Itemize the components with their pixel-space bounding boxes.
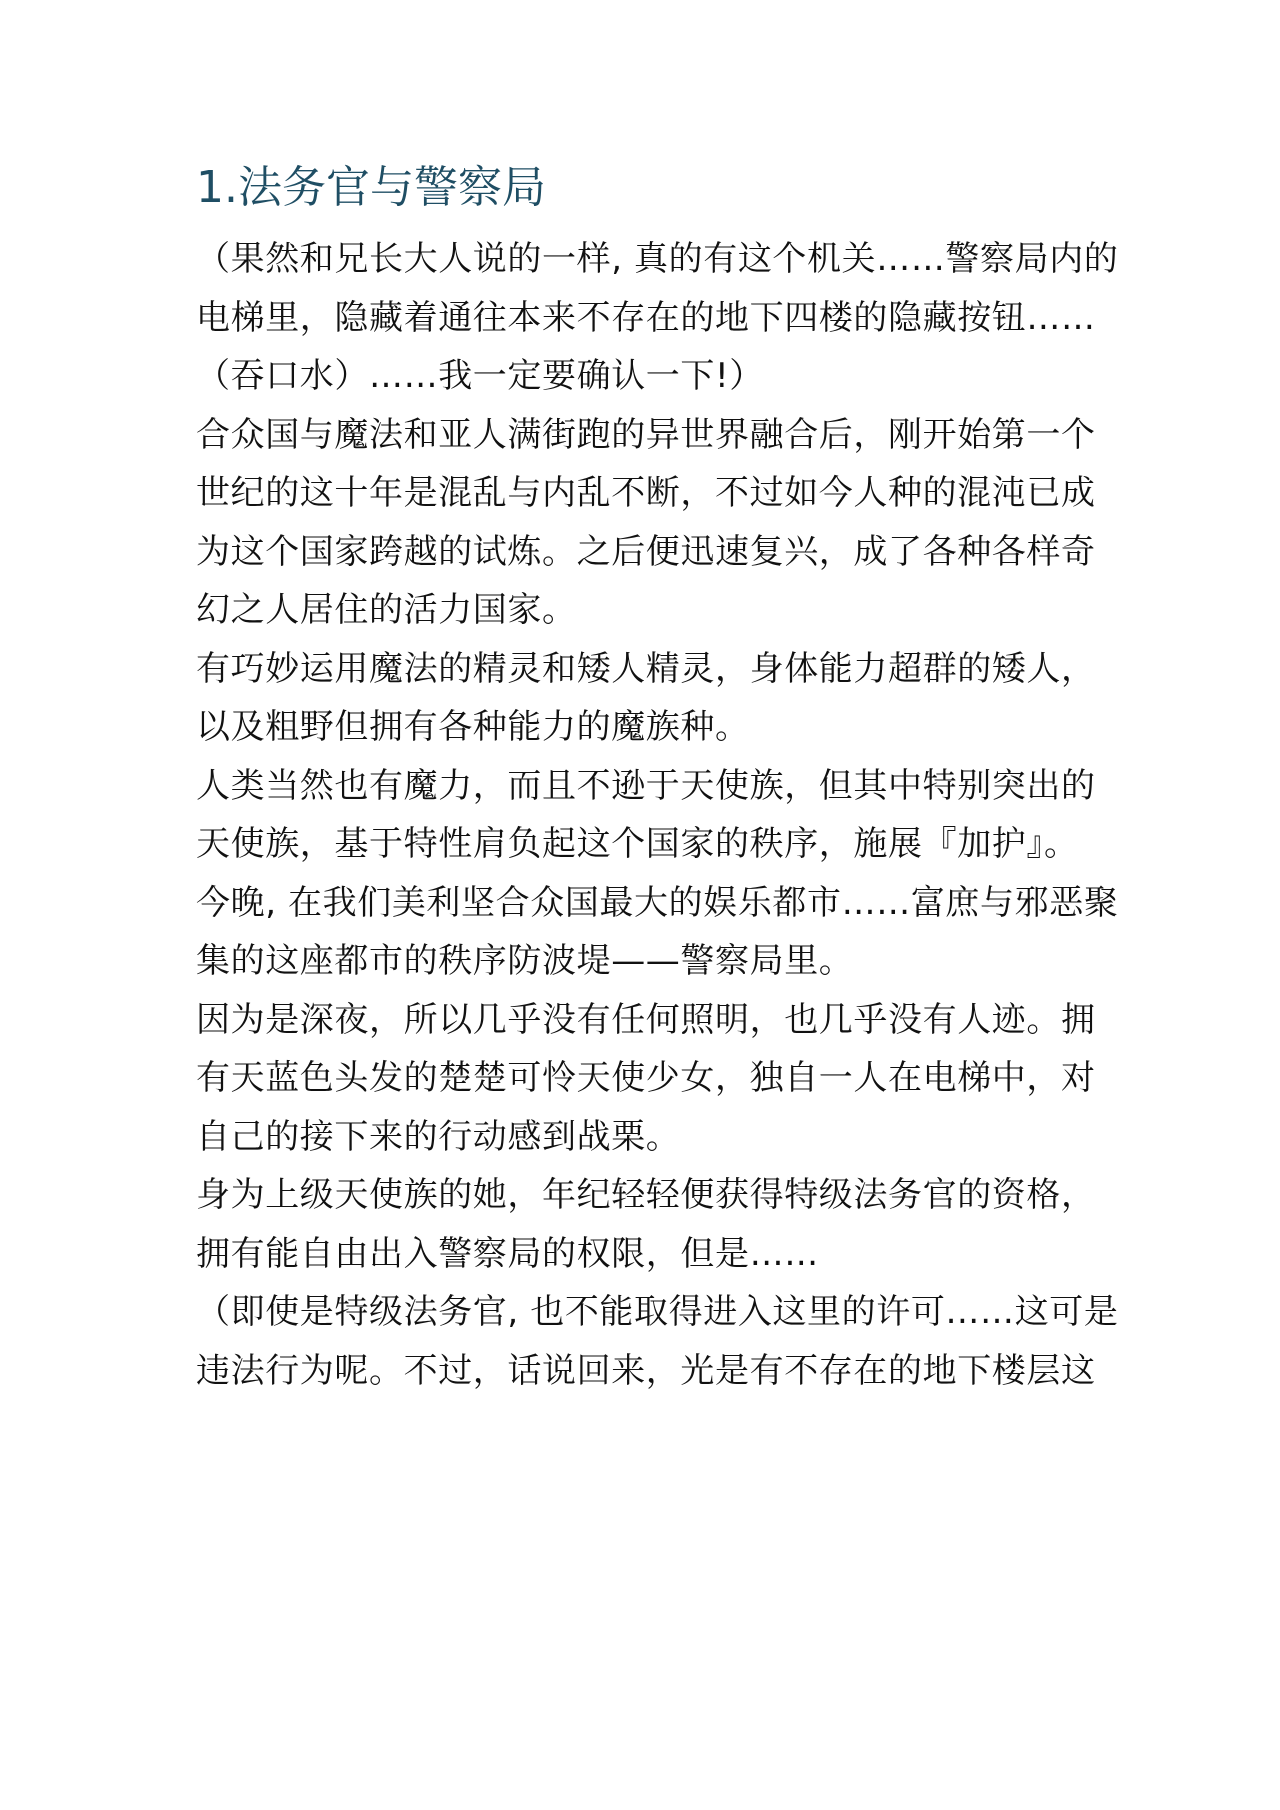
text-line: 人类当然也有魔力，而且不逊于天使族，但其中特别突出的 bbox=[196, 757, 1096, 816]
text-line: 电梯里，隐藏着通往本来不存在的地下四楼的隐藏按钮…… bbox=[196, 289, 1096, 348]
text-line: 有天蓝色头发的楚楚可怜天使少女，独自一人在电梯中，对 bbox=[196, 1049, 1096, 1108]
text-line: 今晚, 在我们美利坚合众国最大的娱乐都市……富庶与邪恶聚 bbox=[196, 874, 1096, 933]
text-line: 自己的接下来的行动感到战栗。 bbox=[196, 1108, 1096, 1167]
chapter-heading: 1.法务官与警察局 bbox=[196, 160, 1096, 216]
text-line: （果然和兄长大人说的一样, 真的有这个机关……警察局内的 bbox=[196, 230, 1096, 289]
text-line: （吞口水）……我一定要确认一下!） bbox=[196, 347, 1096, 406]
text-line: 违法行为呢。不过，话说回来，光是有不存在的地下楼层这 bbox=[196, 1342, 1096, 1401]
text-line: 世纪的这十年是混乱与内乱不断，不过如今人种的混沌已成 bbox=[196, 464, 1096, 523]
document-body: （果然和兄长大人说的一样, 真的有这个机关……警察局内的 电梯里，隐藏着通往本来… bbox=[196, 230, 1096, 1400]
text-line: 以及粗野但拥有各种能力的魔族种。 bbox=[196, 698, 1096, 757]
text-line: 拥有能自由出入警察局的权限，但是…… bbox=[196, 1225, 1096, 1284]
text-line: 身为上级天使族的她，年纪轻轻便获得特级法务官的资格， bbox=[196, 1166, 1096, 1225]
text-line: 合众国与魔法和亚人满街跑的异世界融合后，刚开始第一个 bbox=[196, 406, 1096, 465]
text-line: 因为是深夜，所以几乎没有任何照明，也几乎没有人迹。拥 bbox=[196, 991, 1096, 1050]
text-line: 为这个国家跨越的试炼。之后便迅速复兴，成了各种各样奇 bbox=[196, 523, 1096, 582]
text-line: 集的这座都市的秩序防波堤——警察局里。 bbox=[196, 932, 1096, 991]
text-line: 有巧妙运用魔法的精灵和矮人精灵，身体能力超群的矮人， bbox=[196, 640, 1096, 699]
text-line: 幻之人居住的活力国家。 bbox=[196, 581, 1096, 640]
text-line: （即使是特级法务官, 也不能取得进入这里的许可……这可是 bbox=[196, 1283, 1096, 1342]
text-line: 天使族，基于特性肩负起这个国家的秩序，施展『加护』。 bbox=[196, 815, 1096, 874]
document-page: 1.法务官与警察局 （果然和兄长大人说的一样, 真的有这个机关……警察局内的 电… bbox=[196, 160, 1096, 1400]
